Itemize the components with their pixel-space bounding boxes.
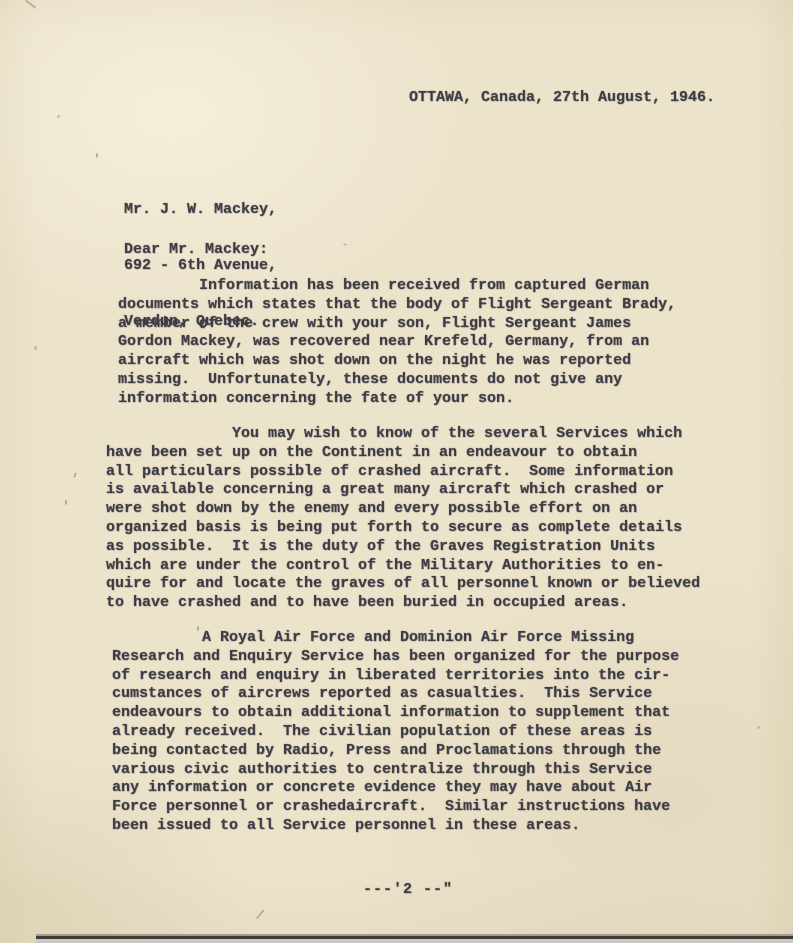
letter-page: ' ` , ' ' / OTTAWA, Canada, 27th August,… (0, 0, 793, 943)
body-paragraph-3: A Royal Air Force and Dominion Air Force… (112, 629, 679, 836)
body-paragraph-1: Information has been received from captu… (118, 277, 676, 409)
paper-speck: , (72, 464, 80, 479)
salutation: Dear Mr. Mackey: (124, 241, 268, 260)
body-paragraph-2: You may wish to know of the several Serv… (106, 425, 700, 613)
paper-speck: / (255, 907, 266, 923)
paper-speck: ' (93, 152, 101, 167)
page-number-footer: ---'2 --" (363, 881, 453, 900)
pen-mark-topleft (25, 0, 36, 9)
paper-speck: ` (341, 242, 349, 257)
paper-speck (34, 346, 37, 350)
dateline: OTTAWA, Canada, 27th August, 1946. (409, 89, 715, 108)
paper-speck (57, 115, 60, 118)
address-line-name: Mr. J. W. Mackey, (124, 201, 277, 220)
address-line-street: 692 - 6th Avenue, (124, 257, 277, 276)
paper-speck (757, 726, 760, 729)
paper-speck: ' (62, 499, 70, 514)
scan-bottom-edge-light (36, 939, 793, 943)
